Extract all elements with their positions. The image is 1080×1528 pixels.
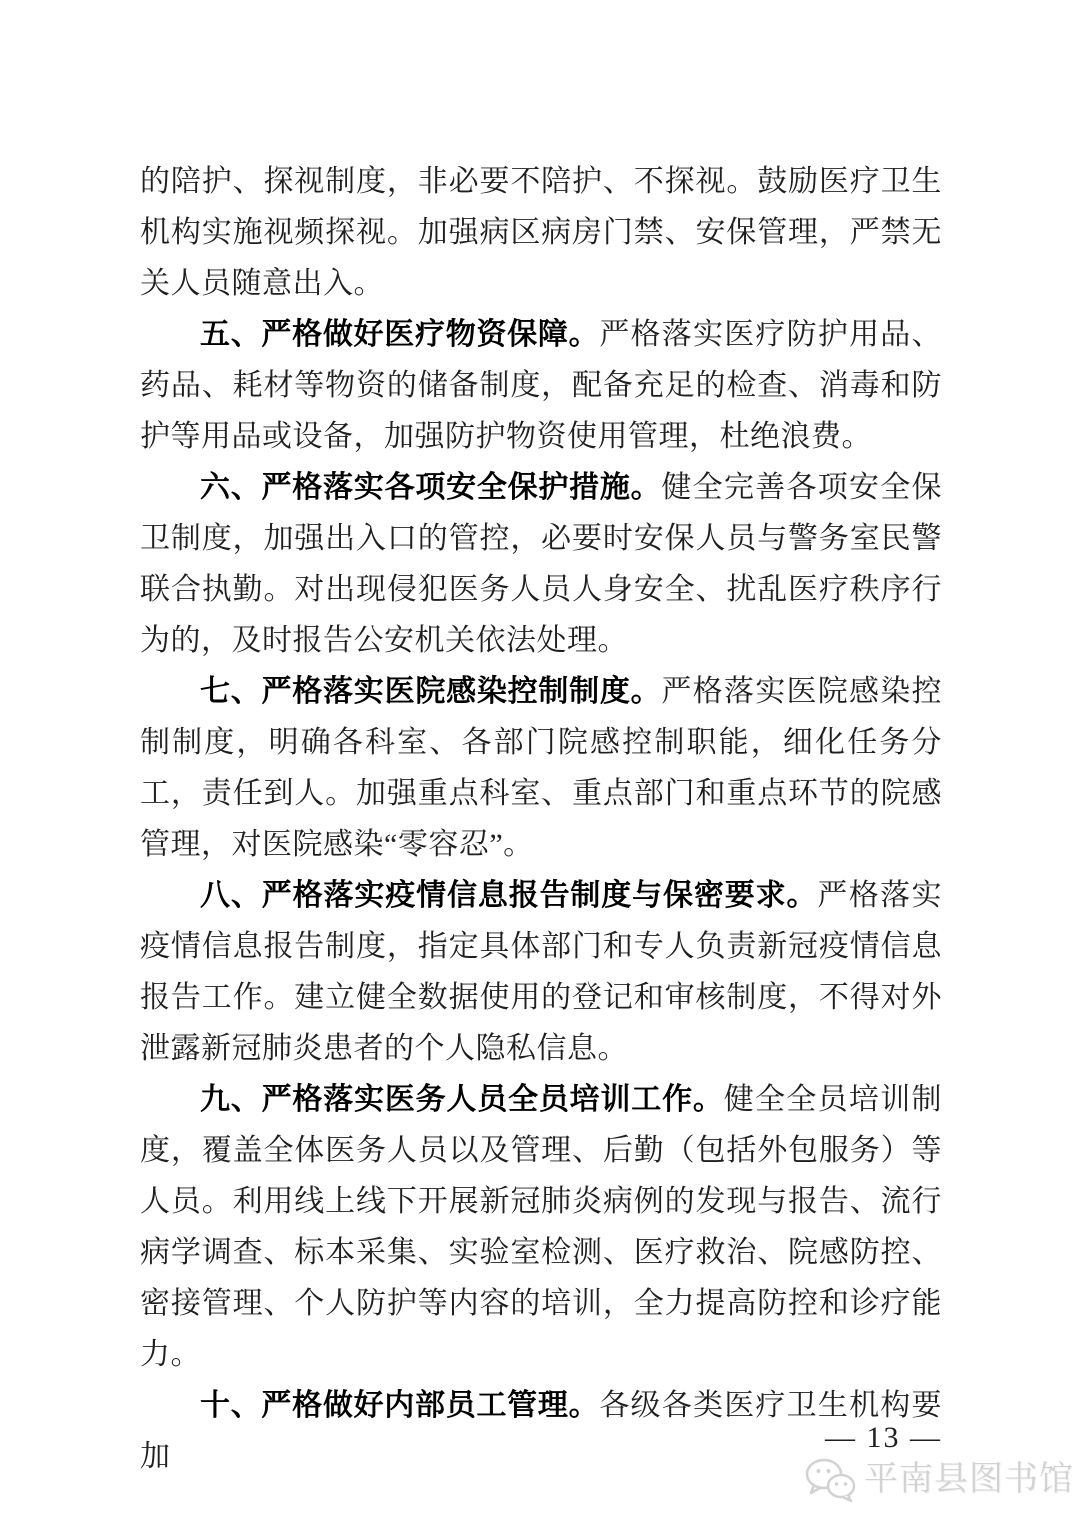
paragraph-text: 的陪护、探视制度，非必要不陪护、不探视。鼓励医疗卫生机构实施视频探视。加强病区病… <box>140 165 942 300</box>
paragraph: 五、严格做好医疗物资保障。严格落实医疗防护用品、药品、耗材等物资的储备制度，配备… <box>140 309 942 462</box>
paragraph-text: 健全全员培训制度，覆盖全体医务人员以及管理、后勤（包括外包服务）等人员。利用线上… <box>140 1083 942 1371</box>
document-text-block: 的陪护、探视制度，非必要不陪护、不探视。鼓励医疗卫生机构实施视频探视。加强病区病… <box>140 156 942 1482</box>
section-heading: 六、严格落实各项安全保护措施。 <box>200 471 661 504</box>
wechat-icon <box>804 1456 856 1504</box>
section-heading: 七、严格落实医院感染控制制度。 <box>200 675 661 708</box>
page-number: — 13 — <box>825 1418 942 1458</box>
paragraph: 六、严格落实各项安全保护措施。健全完善各项安全保卫制度，加强出入口的管控，必要时… <box>140 462 942 666</box>
section-heading: 九、严格落实医务人员全员培训工作。 <box>200 1083 724 1116</box>
section-heading: 五、严格做好医疗物资保障。 <box>200 318 599 351</box>
section-heading: 十、严格做好内部员工管理。 <box>200 1389 599 1422</box>
library-watermark: 平南县图书馆 <box>804 1456 1074 1504</box>
watermark-label: 平南县图书馆 <box>864 1456 1074 1504</box>
paragraph: 的陪护、探视制度，非必要不陪护、不探视。鼓励医疗卫生机构实施视频探视。加强病区病… <box>140 156 942 309</box>
section-heading: 八、严格落实疫情信息报告制度与保密要求。 <box>200 879 817 912</box>
paragraph: 九、严格落实医务人员全员培训工作。健全全员培训制度，覆盖全体医务人员以及管理、后… <box>140 1074 942 1380</box>
paragraph: 八、严格落实疫情信息报告制度与保密要求。严格落实疫情信息报告制度，指定具体部门和… <box>140 870 942 1074</box>
paragraph: 七、严格落实医院感染控制制度。严格落实医院感染控制制度，明确各科室、各部门院感控… <box>140 666 942 870</box>
document-page: 的陪护、探视制度，非必要不陪护、不探视。鼓励医疗卫生机构实施视频探视。加强病区病… <box>0 0 1080 1528</box>
